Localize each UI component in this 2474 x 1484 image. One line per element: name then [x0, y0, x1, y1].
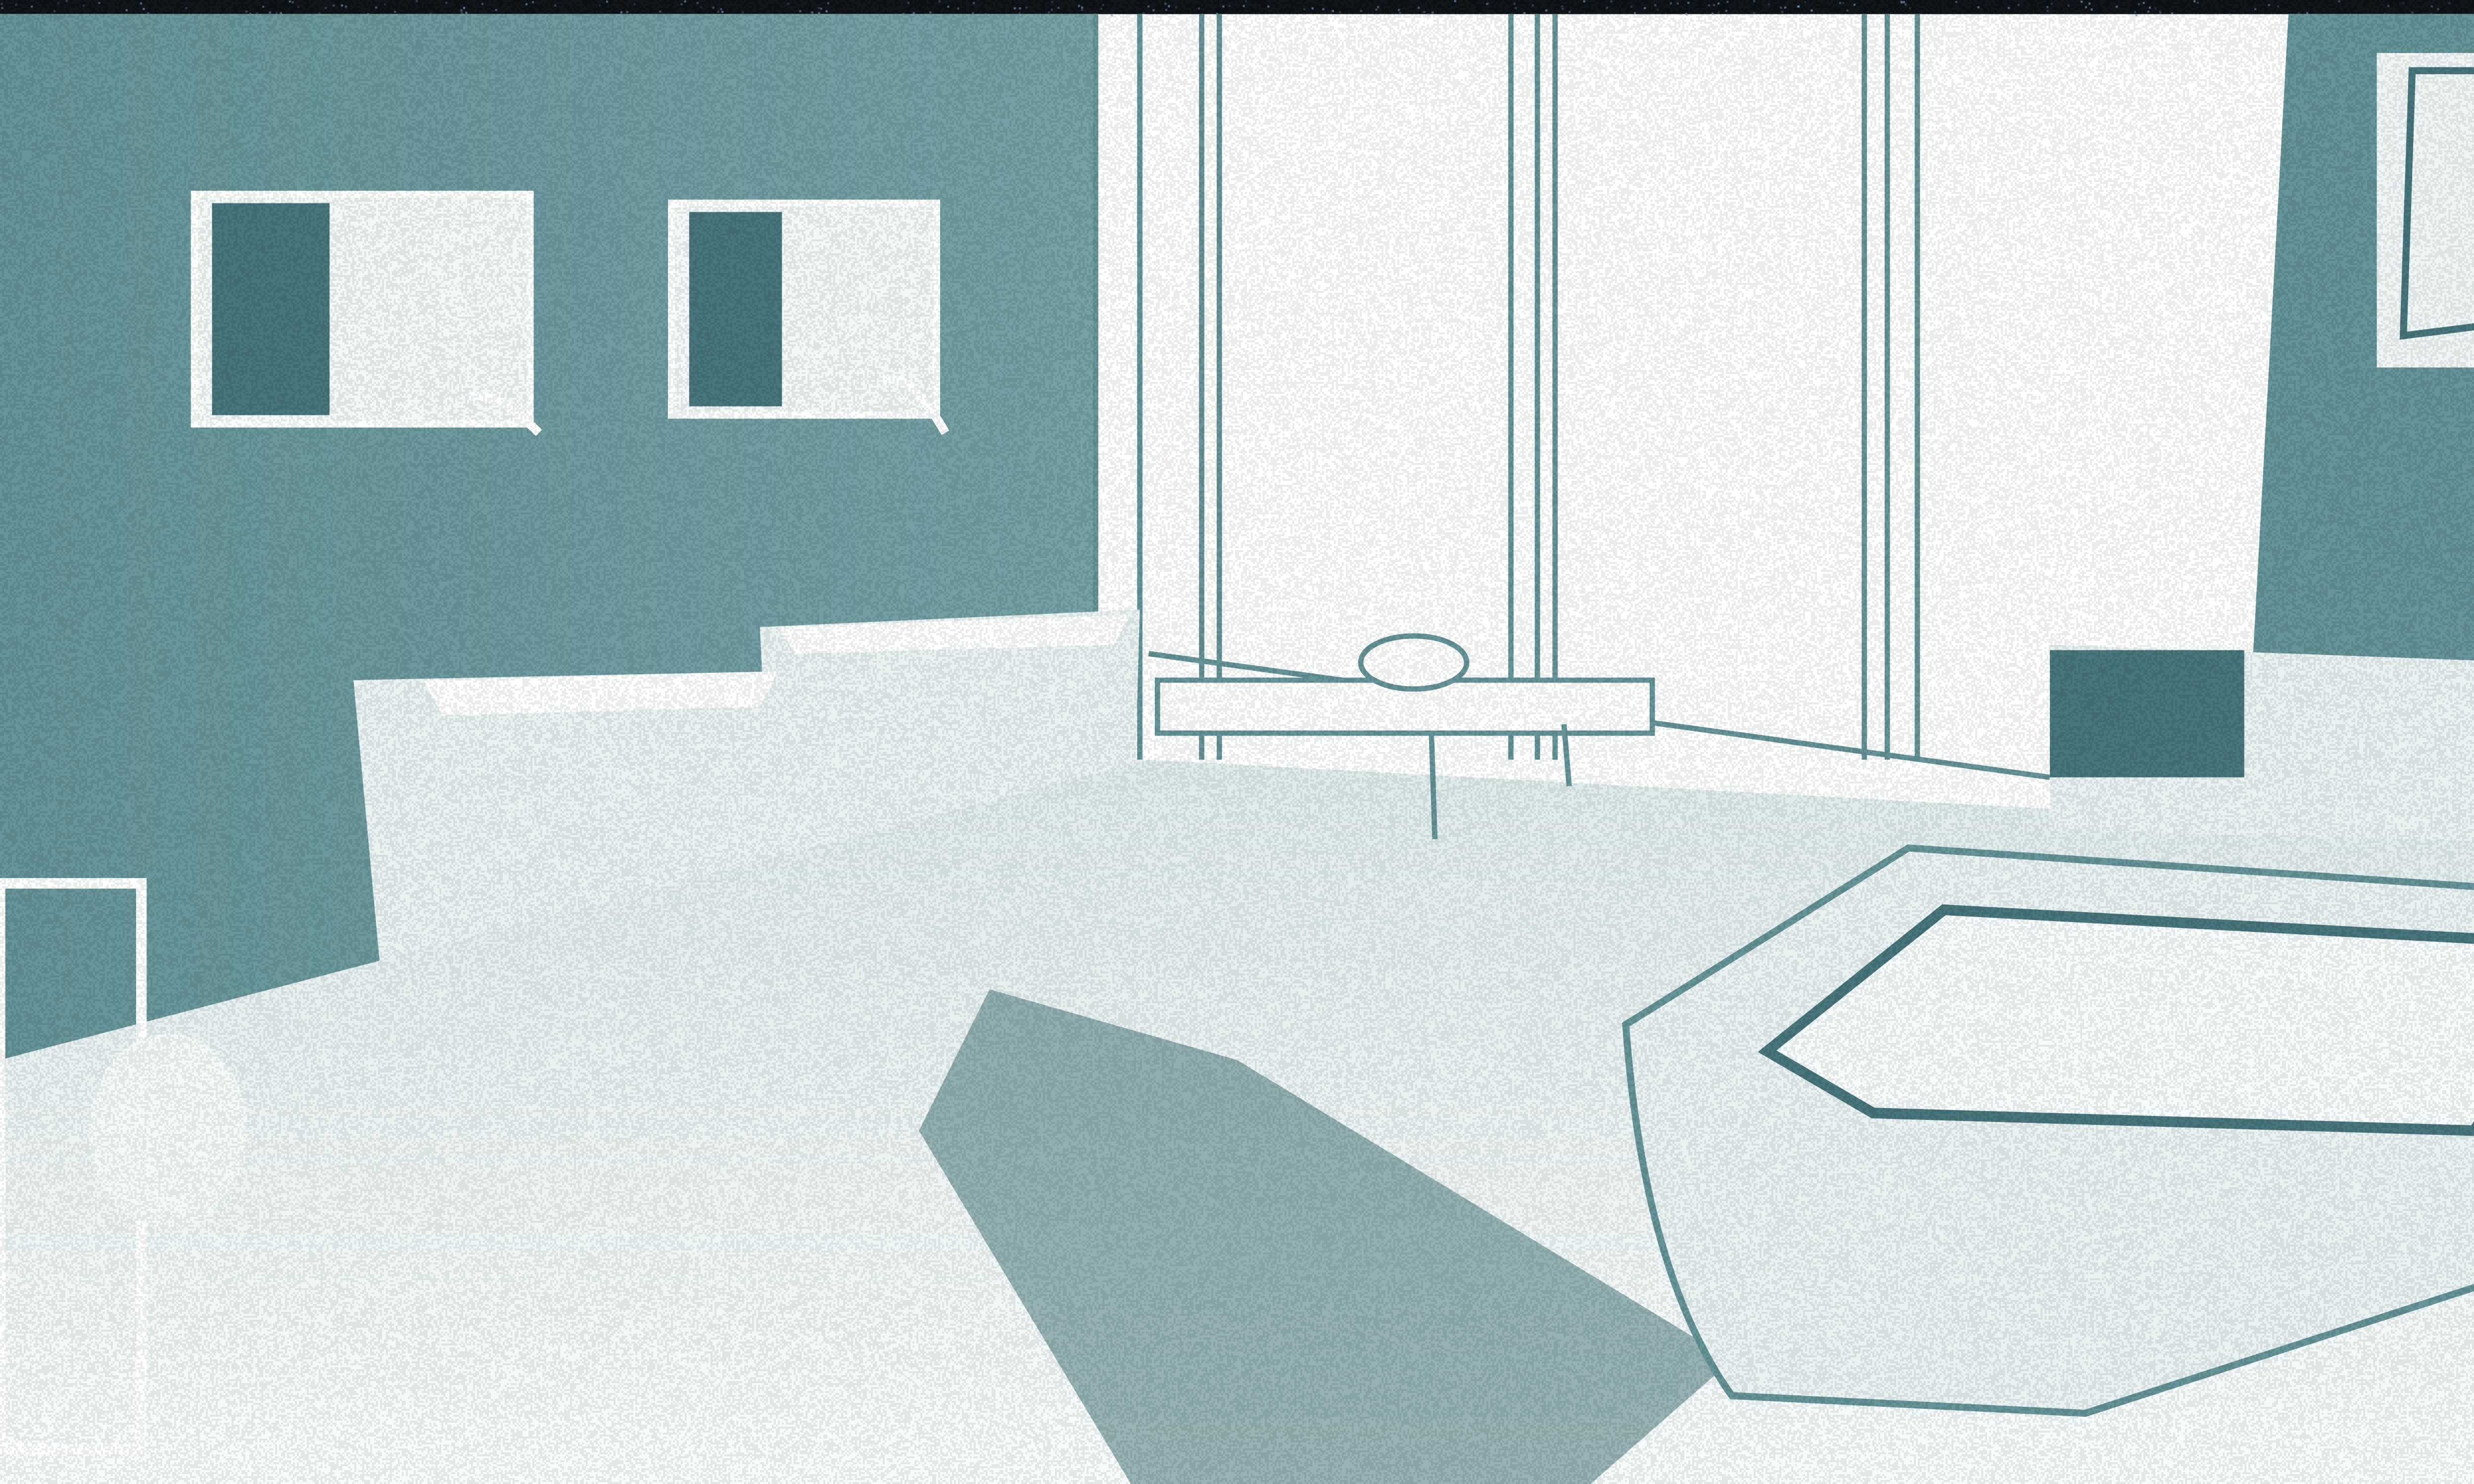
scene-canvas	[0, 0, 2474, 1484]
